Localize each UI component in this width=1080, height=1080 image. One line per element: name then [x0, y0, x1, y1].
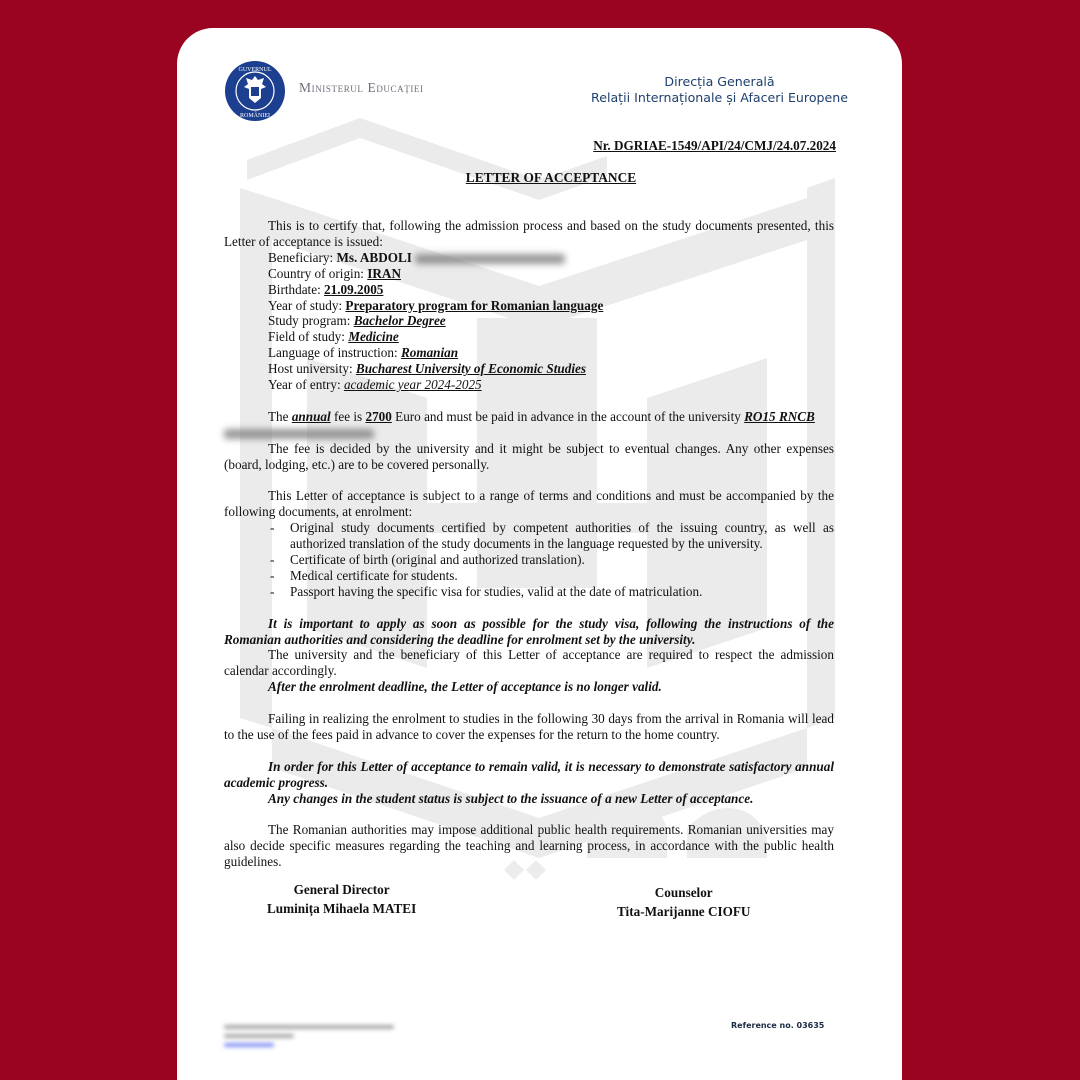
document-title: LETTER OF ACCEPTANCE — [177, 170, 902, 186]
field-host-university: Host university: Bucharest University of… — [224, 361, 834, 377]
field-study-program: Study program: Bachelor Degree — [224, 313, 834, 329]
deadline-note: After the enrolment deadline, the Letter… — [224, 679, 834, 695]
failing-note: Failing in realizing the enrolment to st… — [224, 711, 834, 743]
directorate-name: Direcția Generală Relații Internaționale… — [591, 74, 848, 105]
reference-number: Reference no. 03635 — [731, 1021, 824, 1030]
svg-text:ROMÂNIEI: ROMÂNIEI — [240, 111, 270, 119]
intro-paragraph: This is to certify that, following the a… — [224, 218, 834, 250]
romanian-government-seal-icon: GUVERNUL ROMÂNIEI — [224, 60, 286, 122]
field-of-study-value: Medicine — [348, 329, 399, 344]
year-of-study-value: Preparatory program for Romanian languag… — [345, 298, 603, 313]
field-beneficiary: Beneficiary: Ms. ABDOLI — [224, 250, 834, 266]
health-note: The Romanian authorities may impose addi… — [224, 822, 834, 870]
language-value: Romanian — [401, 345, 458, 360]
field-birthdate: Birthdate: 21.09.2005 — [224, 282, 834, 298]
signature-general-director: General Director Luminița Mihaela MATEI — [267, 880, 416, 918]
beneficiary-value: Ms. ABDOLI — [336, 250, 411, 265]
fee-paragraph: The annual fee is 2700 Euro and must be … — [224, 409, 834, 441]
host-university-value: Bucharest University of Economic Studies — [356, 361, 586, 376]
directorate-line-1: Direcția Generală — [591, 74, 848, 90]
signature-name: Luminița Mihaela MATEI — [267, 899, 416, 918]
terms-intro: This Letter of acceptance is subject to … — [224, 488, 834, 520]
country-value: IRAN — [367, 266, 401, 281]
registration-number: Nr. DGRIAE-1549/API/24/CMJ/24.07.2024 — [593, 138, 836, 154]
redacted-address — [224, 1025, 394, 1052]
signature-name: Tita-Marijanne CIOFU — [617, 902, 750, 921]
ministry-name: Ministerul Educației — [299, 80, 424, 96]
year-of-entry-value: academic year 2024-2025 — [344, 377, 482, 392]
field-year-of-entry: Year of entry: academic year 2024-2025 — [224, 377, 834, 393]
progress-note: In order for this Letter of acceptance t… — [224, 759, 834, 791]
fee-amount: 2700 — [365, 409, 391, 424]
field-language: Language of instruction: Romanian — [224, 345, 834, 361]
visa-note: It is important to apply as soon as poss… — [224, 616, 834, 648]
list-item: Passport having the specific visa for st… — [224, 584, 834, 600]
list-item: Medical certificate for students. — [224, 568, 834, 584]
letter-page: GUVERNUL ROMÂNIEI Ministerul Educației D… — [177, 28, 902, 1080]
study-program-value: Bachelor Degree — [354, 313, 446, 328]
birthdate-value: 21.09.2005 — [324, 282, 383, 297]
required-documents-list: Original study documents certified by co… — [224, 520, 834, 600]
redacted-name — [415, 254, 565, 264]
fee-note: The fee is decided by the university and… — [224, 441, 834, 473]
signature-role: General Director — [267, 880, 416, 899]
letter-body: This is to certify that, following the a… — [224, 218, 834, 870]
svg-text:GUVERNUL: GUVERNUL — [239, 67, 272, 73]
field-year-of-study: Year of study: Preparatory program for R… — [224, 298, 834, 314]
directorate-line-2: Relații Internaționale și Afaceri Europe… — [591, 90, 848, 106]
signature-counselor: Counselor Tita-Marijanne CIOFU — [617, 883, 750, 921]
list-item: Certificate of birth (original and autho… — [224, 552, 834, 568]
field-country: Country of origin: IRAN — [224, 266, 834, 282]
redacted-account — [224, 429, 374, 439]
bank-account: RO15 RNCB — [744, 409, 815, 424]
list-item: Original study documents certified by co… — [224, 520, 834, 552]
calendar-note: The university and the beneficiary of th… — [224, 647, 834, 679]
signature-role: Counselor — [617, 883, 750, 902]
field-field-of-study: Field of study: Medicine — [224, 329, 834, 345]
status-note: Any changes in the student status is sub… — [224, 791, 834, 807]
